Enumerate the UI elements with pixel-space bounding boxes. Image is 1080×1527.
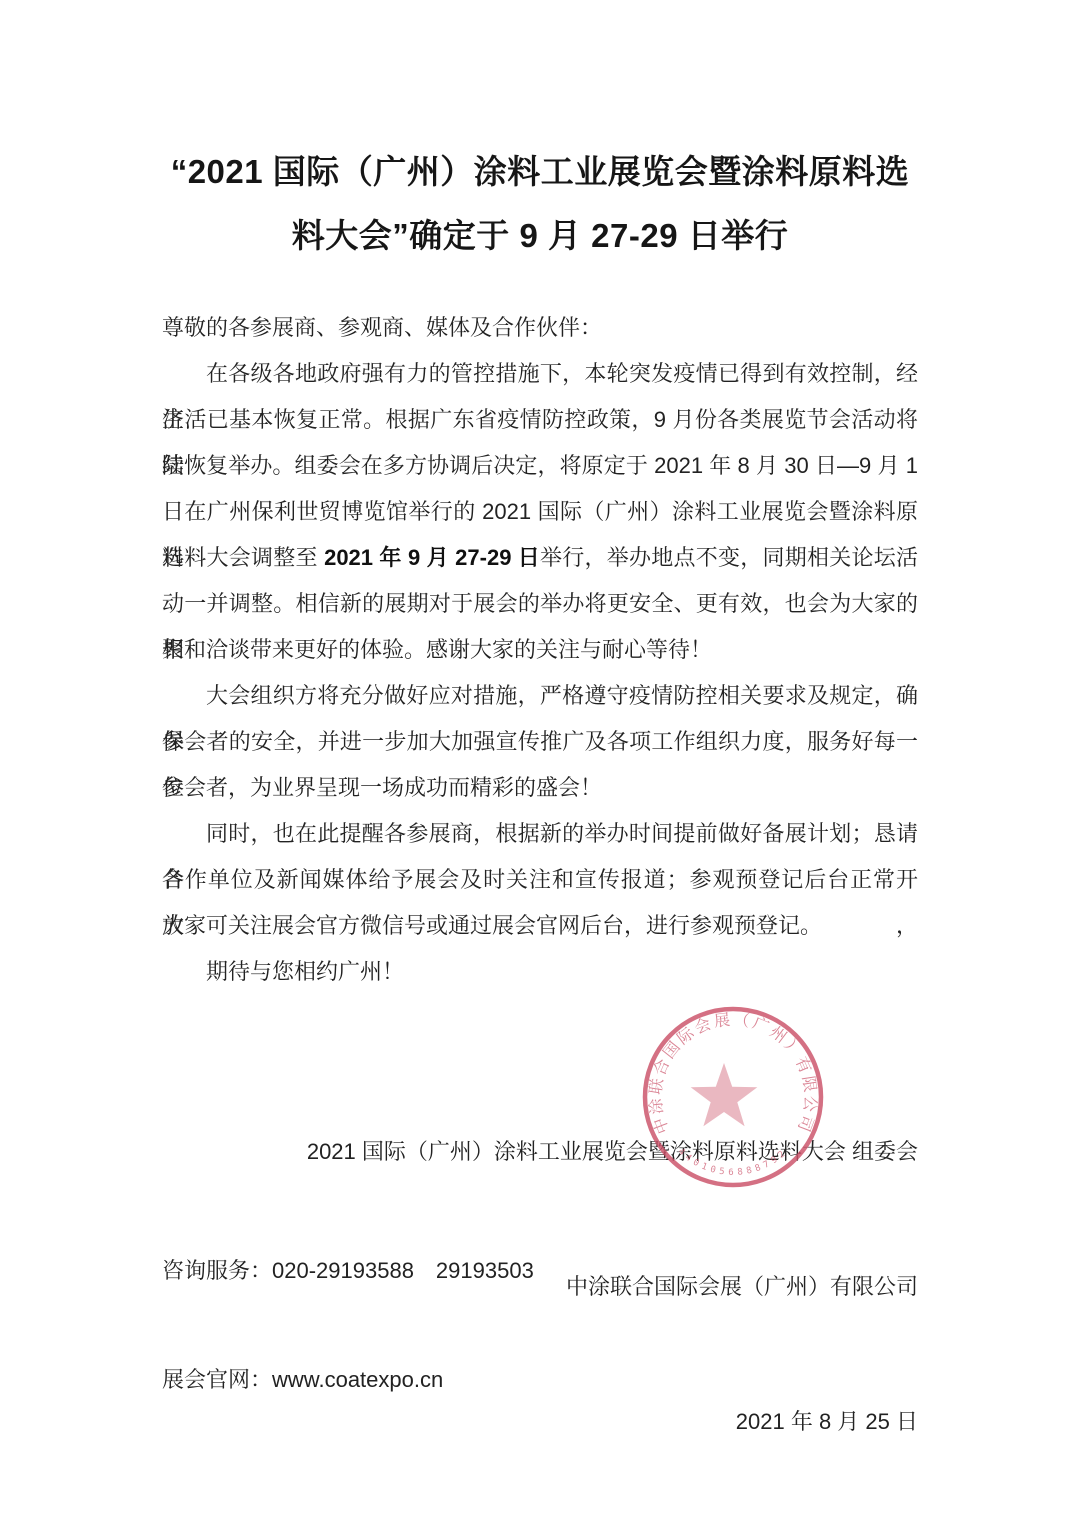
body-line: 续恢复举办。组委会在多方协调后决定，将原定于 2021 年 8 月 30 日—9… [162, 443, 918, 489]
body-line: 大家可关注展会官方微信号或通过展会官网后台，进行参观预登记。 [162, 903, 918, 949]
contact-website-line: 展会官网：www.coatexpo.cn [162, 1365, 918, 1395]
body-line: 生活已基本恢复正常。根据广东省疫情防控政策，9 月份各类展览节会活动将陆 [162, 397, 918, 443]
contact-service-line: 咨询服务：020-29193588 29193503 [162, 1256, 918, 1286]
body-line: 参会者的安全，并进一步加大加强宣传推广及各项工作组织力度，服务好每一位 [162, 719, 918, 765]
letter-page: “2021 国际（广州）涂料工业展览会暨涂料原料选 料大会”确定于 9 月 27… [0, 0, 1080, 1527]
body-line: 参会者，为业界呈现一场成功而精彩的盛会！ [162, 765, 918, 811]
letter-body: 尊敬的各参展商、参观商、媒体及合作伙伴： 在各级各地政府强有力的管控措施下，本轮… [162, 305, 918, 995]
body-text: 选料大会调整至 [162, 545, 324, 570]
closing-line: 期待与您相约广州！ [162, 949, 918, 995]
body-line: 日在广州保利世贸博览馆举行的 2021 国际（广州）涂料工业展览会暨涂料原料 [162, 489, 918, 535]
body-line: 在各级各地政府强有力的管控措施下，本轮突发疫情已得到有效控制，经济 [162, 351, 918, 397]
body-line: 同时，也在此提醒各参展商，根据新的举办时间提前做好备展计划；恳请各 [162, 811, 918, 857]
contact-website-url: www.coatexpo.cn [272, 1367, 443, 1392]
body-line-with-bold-date: 选料大会调整至 2021 年 9 月 27-29 日举行，举办地点不变，同期相关… [162, 535, 918, 581]
greeting-line: 尊敬的各参展商、参观商、媒体及合作伙伴： [162, 305, 918, 351]
body-line: 动一并调整。相信新的展期对于展会的举办将更安全、更有效，也会为大家的相 [162, 581, 918, 627]
body-line: 聚和洽谈带来更好的体验。感谢大家的关注与耐心等待！ [162, 627, 918, 673]
title-line-1: “2021 国际（广州）涂料工业展览会暨涂料原料选 [162, 140, 918, 204]
contact-website-label: 展会官网： [162, 1367, 272, 1392]
title-line-2: 料大会”确定于 9 月 27-29 日举行 [162, 204, 918, 268]
contact-service-label: 咨询服务： [162, 1258, 272, 1283]
body-line: 合作单位及新闻媒体给予展会及时关注和宣传报道；参观预登记后台正常开放， [162, 857, 918, 903]
contact-service-numbers: 020-29193588 29193503 [272, 1258, 534, 1283]
body-text: 举行，举办地点不变，同期相关论坛活 [540, 545, 918, 570]
body-line: 大会组织方将充分做好应对措施，严格遵守疫情防控相关要求及规定，确保 [162, 673, 918, 719]
rescheduled-date-bold: 2021 年 9 月 27-29 日 [324, 545, 540, 570]
signature-committee: 2021 国际（广州）涂料工业展览会暨涂料原料选料大会 组委会 [162, 1129, 918, 1174]
contact-block: 咨询服务：020-29193588 29193503 展会官网：www.coat… [162, 1204, 918, 1447]
document-title: “2021 国际（广州）涂料工业展览会暨涂料原料选 料大会”确定于 9 月 27… [162, 140, 918, 268]
